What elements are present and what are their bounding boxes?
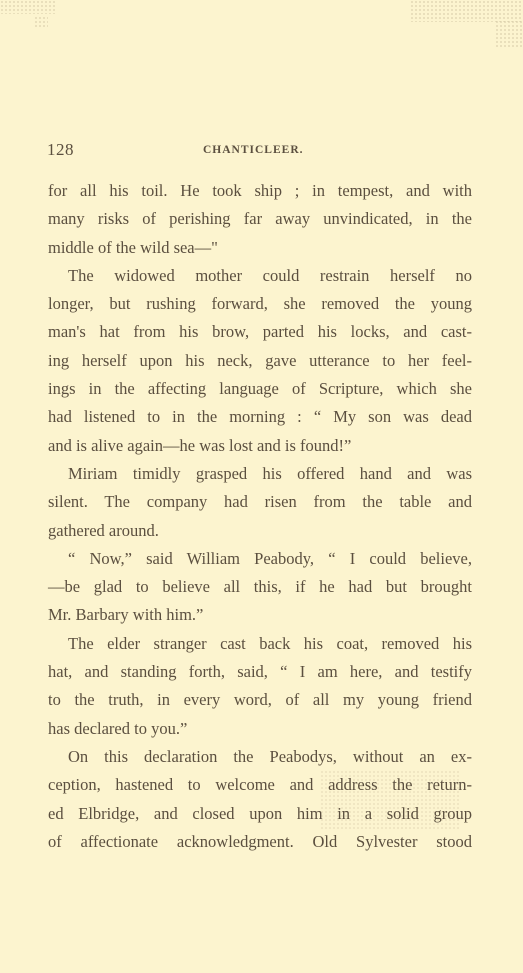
paragraph: The widowed mother could restrain hersel… xyxy=(48,262,472,460)
page-header: 128 CHANTICLEER. xyxy=(47,140,472,160)
text-line: ings in the affecting language of Script… xyxy=(48,375,472,403)
scan-speckle-top-left-spot xyxy=(34,16,48,28)
text-line: had listened to in the morning : “ My so… xyxy=(48,403,472,431)
text-line: hat, and standing forth, said, “ I am he… xyxy=(48,658,472,686)
text-line: ception, hastened to welcome and address… xyxy=(48,771,472,799)
text-line: ed Elbridge, and closed upon him in a so… xyxy=(48,800,472,828)
text-line: silent. The company had risen from the t… xyxy=(48,488,472,516)
text-line: On this declaration the Peabodys, withou… xyxy=(48,743,472,771)
text-line: man's hat from his brow, parted his lock… xyxy=(48,318,472,346)
paragraph: The elder stranger cast back his coat, r… xyxy=(48,630,472,743)
text-line: ing herself upon his neck, gave utteranc… xyxy=(48,347,472,375)
text-line: Miriam timidly grasped his offered hand … xyxy=(48,460,472,488)
text-line: “ Now,” said William Peabody, “ I could … xyxy=(48,545,472,573)
text-line: longer, but rushing forward, she removed… xyxy=(48,290,472,318)
page-number: 128 xyxy=(47,140,74,160)
text-line: for all his toil. He took ship ; in temp… xyxy=(48,177,472,205)
text-line: —be glad to believe all this, if he had … xyxy=(48,573,472,601)
paragraph: for all his toil. He took ship ; in temp… xyxy=(48,177,472,262)
body-text: for all his toil. He took ship ; in temp… xyxy=(48,177,472,856)
scan-speckle-top-right-edge xyxy=(495,20,523,48)
text-line: to the truth, in every word, of all my y… xyxy=(48,686,472,714)
text-line: has declared to you.” xyxy=(48,715,472,743)
text-line: gathered around. xyxy=(48,517,472,545)
scan-speckle-top-left xyxy=(0,0,55,14)
text-line: The elder stranger cast back his coat, r… xyxy=(48,630,472,658)
running-title: CHANTICLEER. xyxy=(203,144,304,156)
text-line: The widowed mother could restrain hersel… xyxy=(48,262,472,290)
text-line: of affectionate acknowledgment. Old Sylv… xyxy=(48,828,472,856)
scan-speckle-top-right xyxy=(410,0,523,22)
paragraph: On this declaration the Peabodys, withou… xyxy=(48,743,472,856)
text-line: many risks of perishing far away unvindi… xyxy=(48,205,472,233)
paragraph: Miriam timidly grasped his offered hand … xyxy=(48,460,472,545)
paragraph: “ Now,” said William Peabody, “ I could … xyxy=(48,545,472,630)
text-line: and is alive again—he was lost and is fo… xyxy=(48,432,472,460)
text-line: middle of the wild sea—" xyxy=(48,234,472,262)
text-line: Mr. Barbary with him.” xyxy=(48,601,472,629)
